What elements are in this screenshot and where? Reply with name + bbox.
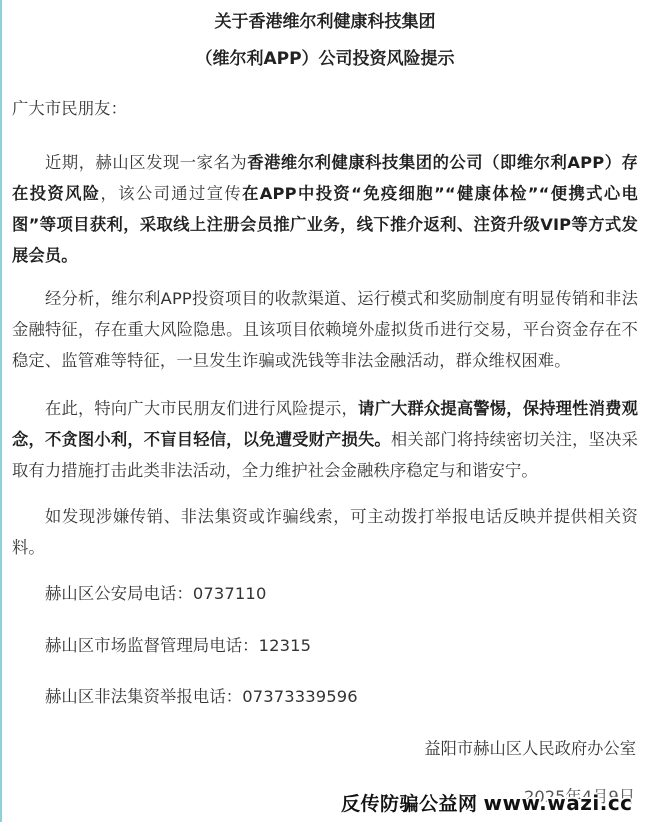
paragraph-report: 如发现涉嫌传销、非法集资或诈骗线索，可主动拨打举报电话反映并提供相关资料。 <box>12 501 638 563</box>
hotline-police-label: 赫山区公安局电话： <box>45 584 193 603</box>
hotline-market-supervision: 赫山区市场监督管理局电话：12315 <box>12 630 638 661</box>
paragraph-discovery-text-2: ，该公司通过宣传 <box>101 184 243 203</box>
watermark: 反传防骗公益网www.wazi.cc <box>341 789 633 816</box>
hotline-market-supervision-number: 12315 <box>259 636 312 655</box>
hotline-police: 赫山区公安局电话：0737110 <box>12 578 638 609</box>
left-border-rule <box>0 0 2 822</box>
watermark-site-name: 反传防骗公益网 <box>341 793 478 815</box>
hotline-illegal-fundraising: 赫山区非法集资举报电话：07373339596 <box>12 681 638 712</box>
title-line-1: 关于香港维尔利健康科技集团 <box>12 10 638 34</box>
paragraph-discovery-text-1: 近期，赫山区发现一家名为 <box>45 153 247 172</box>
greeting: 广大市民朋友： <box>12 93 638 124</box>
paragraph-warning-text-1: 在此，特向广大市民朋友们进行风险提示， <box>45 399 358 418</box>
hotline-illegal-fundraising-number: 07373339596 <box>242 687 358 706</box>
hotline-market-supervision-label: 赫山区市场监督管理局电话： <box>45 636 259 655</box>
paragraph-discovery: 近期，赫山区发现一家名为香港维尔利健康科技集团的公司（即维尔利APP）存在投资风… <box>12 147 638 271</box>
issuer-signature: 益阳市赫山区人民政府办公室 <box>424 733 636 764</box>
paragraph-warning: 在此，特向广大市民朋友们进行风险提示，请广大群众提高警惕，保持理性消费观念，不贪… <box>12 393 638 486</box>
watermark-url: www.wazi.cc <box>484 791 633 815</box>
paragraph-analysis: 经分析，维尔利APP投资项目的收款渠道、运行模式和奖励制度有明显传销和非法金融特… <box>12 283 638 376</box>
hotline-police-number: 0737110 <box>193 584 267 603</box>
title-line-2: （维尔利APP）公司投资风险提示 <box>12 47 638 71</box>
hotline-illegal-fundraising-label: 赫山区非法集资举报电话： <box>45 687 242 706</box>
